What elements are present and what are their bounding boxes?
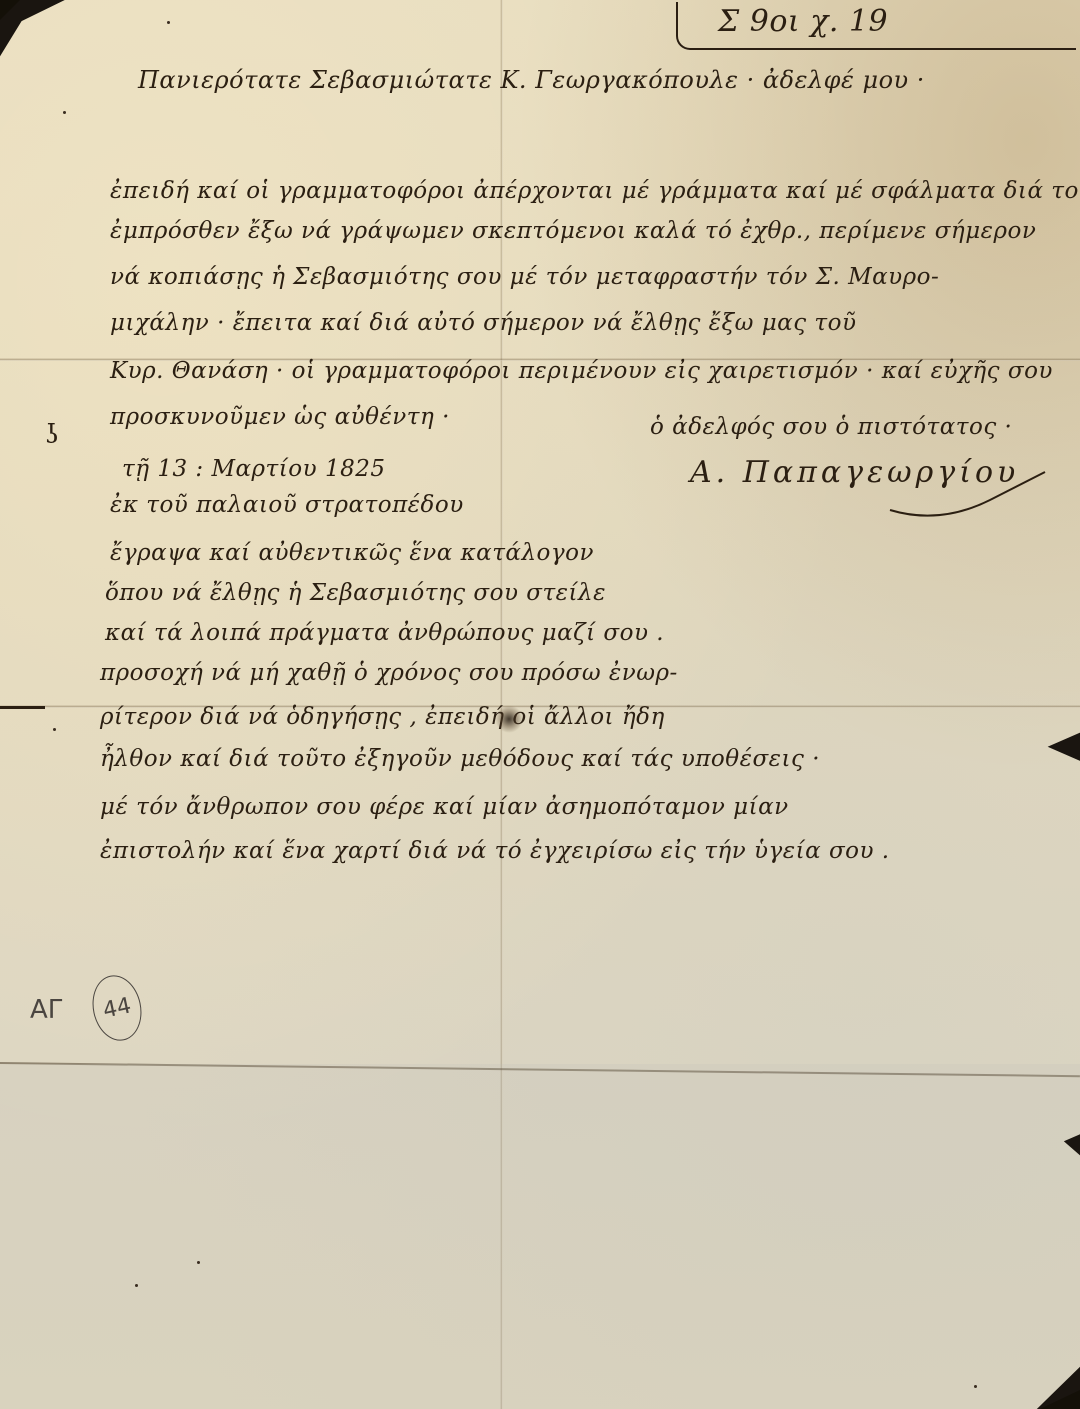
salutation-line: Πανιερότατε Σεβασμιώτατε Κ. Γεωργακόπουλ… [138, 66, 925, 94]
postscript-line-5: ρίτερον διά νά ὁδηγήσῃς , ἐπειδή οἱ ἄλλο… [100, 704, 665, 730]
torn-corner-top-left [0, 0, 20, 20]
ink-stain [495, 705, 523, 733]
postscript-line-2: ὅπου νά ἔλθῃς ἡ Σεβασμιότης σου στείλε [105, 580, 606, 606]
postscript-line-6: ἦλθον καί διά τοῦτο ἐξηγοῦν μεθόδους καί… [100, 746, 820, 772]
body-line-2: ἐμπρόσθεν ἔξω νά γράψωμεν σκεπτόμενοι κα… [110, 218, 1036, 244]
paper-speck [53, 728, 56, 731]
date-line: τῇ 13 : Μαρτίου 1825 [122, 456, 385, 482]
body-line-6: προσκυνοῦμεν ὡς αὐθέντη · [110, 404, 450, 430]
postscript-line-3: καί τά λοιπά πράγματα ἀνθρώπους μαζί σου… [105, 620, 664, 646]
closing-line: ὁ ἀδελφός σου ὁ πιστότατος · [650, 414, 1012, 440]
paper-speck [135, 1284, 138, 1287]
lower-panel-shade [0, 1064, 1080, 1409]
folio-number-circle: 44 [87, 971, 148, 1046]
folio-number: 44 [101, 993, 134, 1023]
archive-code: ΑΓ [30, 995, 62, 1025]
paper-speck [197, 1261, 200, 1264]
paper-speck [63, 111, 66, 114]
body-line-5: Κυρ. Θανάση · οἱ γραμματοφόροι περιμένου… [110, 358, 1053, 384]
signature-flourish [880, 470, 1050, 530]
body-line-3: νά κοπιάσῃς ἡ Σεβασμιότης σου μέ τόν μετ… [110, 264, 939, 290]
place-line: ἐκ τοῦ παλαιοῦ στρατοπέδου [110, 492, 464, 518]
archive-reference: Σ 9οι χ. 19 [718, 4, 888, 39]
postscript-line-8: ἐπιστολήν καί ἕνα χαρτί διά νά τό ἐγχειρ… [100, 838, 890, 864]
paper-speck [167, 21, 170, 24]
margin-ink-stroke [0, 706, 45, 709]
body-line-4: μιχάλην · ἔπειτα καί διά αὐτό σήμερον νά… [110, 310, 856, 336]
margin-ink-mark: ʖ [45, 420, 59, 450]
body-line-1: ἐπειδή καί οἱ γραμματοφόροι ἀπέρχονται μ… [110, 178, 1080, 204]
postscript-line-7: μέ τόν ἄνθρωπον σου φέρε καί μίαν ἀσημοπ… [100, 794, 789, 820]
paper-speck [974, 1385, 977, 1388]
letter-page: Σ 9οι χ. 19 Πανιερότατε Σεβασμιώτατε Κ. … [0, 0, 1080, 1409]
postscript-line-4: προσοχή νά μή χαθῇ ὁ χρόνος σου πρόσω ἐν… [100, 660, 678, 686]
postscript-line-1: ἔγραψα καί αὐθεντικῶς ἕνα κατάλογον [110, 540, 594, 566]
